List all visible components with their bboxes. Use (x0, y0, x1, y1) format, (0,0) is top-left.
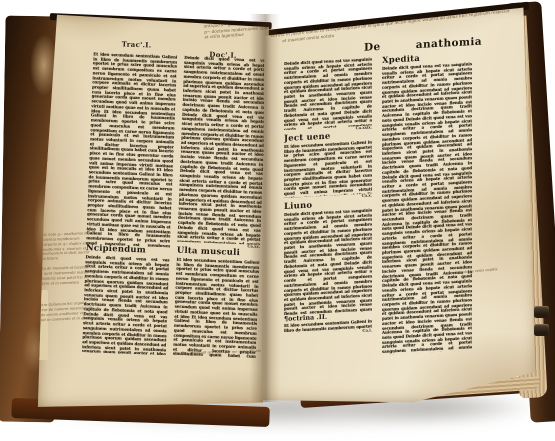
book-photograph: antiqua s~ glosa in isto libro optime ca… (0, 0, 555, 441)
clasp (534, 304, 551, 340)
gutter-shadow (250, 14, 280, 402)
marginalia-note: hic nota q~ anathomia est scientia membr… (42, 231, 93, 262)
marginalia-note: nota de musculis et lacertis q~ sunt ins… (38, 265, 92, 286)
text-column: Deinde dicit quod vena est vas sanguinis… (284, 57, 372, 360)
text-column: Xpedita Deinde dicit quod vena est vas s… (382, 52, 472, 355)
clasp-upper-tab (534, 306, 549, 318)
left-page-print-block: Trac'.I. Doc'.I. Et ideo secundum senten… (72, 36, 268, 403)
right-page-print-block: De anathomia Deinde dicit quod vena est … (284, 40, 472, 390)
body-text-block: Et ideo secundum sententiam Galieni in l… (173, 258, 260, 359)
running-header-tractatus: Trac'.I. (122, 39, 152, 49)
text-column: Et ideo secundum sententiam Galieni in l… (82, 52, 177, 355)
body-text-block: Deinde dicit quod vena est vas sanguinis… (284, 208, 372, 316)
right-page: vbi est in futuro libello in vtroque cap… (256, 6, 536, 404)
running-header-word: anathomia (416, 36, 482, 51)
body-text-block: Deinde dicit quod vena est vas sanguinis… (82, 255, 170, 355)
body-text-block: Et ideo secundum sententiam Galieni in l… (284, 140, 372, 198)
body-text-block: Deinde dicit quod vena est vas sanguinis… (382, 62, 472, 355)
running-header-de-anathomia: De anathomia (364, 36, 482, 54)
marginalia-note: contra Galienum hic arguit auctor de num… (36, 301, 94, 323)
body-text-block: Deinde dicit quod vena est vas sanguinis… (284, 57, 372, 130)
left-page: antiqua s~ glosa in isto libro optime ca… (36, 12, 272, 410)
body-text-block: Et ideo secundum sententiam Galieni in l… (86, 52, 177, 247)
clasp-lower-tab (534, 324, 549, 336)
running-header-word: De (364, 41, 381, 54)
